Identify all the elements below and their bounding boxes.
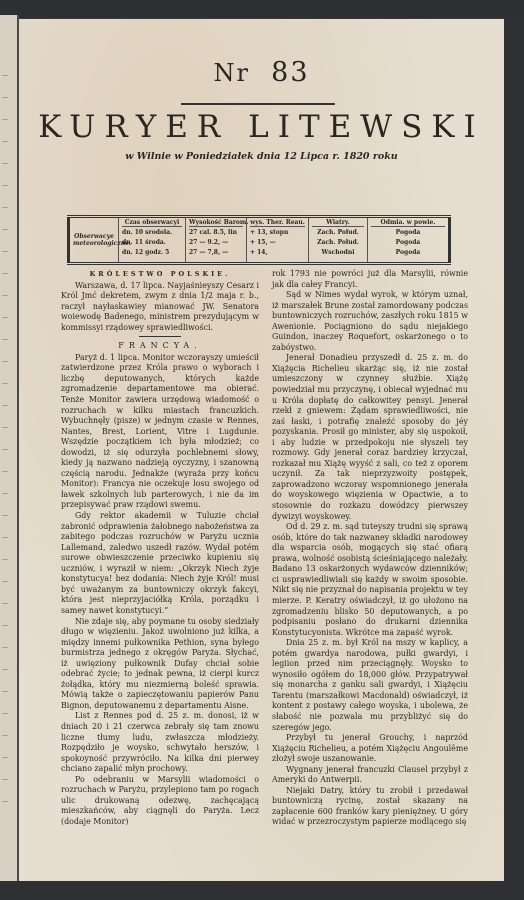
weather-col-barometer: Wysokość Barom. 27 cal. 8.5, lin 27 — 9.…	[186, 218, 247, 262]
table-cell: + 15, —	[250, 238, 305, 248]
viewer-bottom-edge	[0, 881, 524, 900]
table-cell: Pogoda	[371, 228, 445, 238]
table-cell: dn. 10 srodola.	[122, 228, 182, 238]
article-paragraph: Po odebraniu w Marsylii wiadomości o roz…	[61, 775, 259, 828]
issue-number-value: 83	[271, 57, 309, 88]
weather-col-conditions: Odmia. w powie. Pogoda Pogoda Pogoda	[368, 218, 451, 262]
previous-page-text-marks	[2, 65, 8, 815]
article-paragraph: Jenerał Donadieu przyszedł d. 25 z. m. d…	[272, 353, 468, 522]
article-paragraph: Paryż d. 1 lipca. Monitor wczorayszy umi…	[61, 353, 259, 511]
weather-label-text: Obserwacye meteorologiczne.	[73, 233, 115, 247]
article-paragraph: Od d. 29 z. m. sąd tuteyszy trudni się s…	[272, 522, 468, 638]
section-divider	[139, 336, 181, 337]
article-paragraph: List z Rennes pod d. 25 z. m. donosi, iż…	[61, 711, 259, 774]
article-paragraph: Gdy rektor akademii w Tuluzie chciał zab…	[61, 511, 259, 616]
viewer-right-edge	[504, 15, 524, 900]
table-cell: + 13, stopn	[250, 228, 305, 238]
column-header: wys. Ther. Reau.	[250, 219, 305, 227]
article-paragraph: Nie zdaje się, aby poymane tu osoby sied…	[61, 617, 259, 712]
column-header: Wysokość Barom.	[189, 219, 243, 227]
table-cell: Pogoda	[371, 248, 445, 258]
weather-col-wind: Wiatry. Zach. Połud. Zach. Połud. Wschod…	[309, 218, 368, 262]
section-title-francya: FRANCYA.	[61, 341, 259, 352]
weather-observations-table: Obserwacye meteorologiczne. Czas obserwa…	[67, 215, 451, 265]
table-cell: + 14,	[250, 248, 305, 258]
table-cell: Zach. Połud.	[312, 228, 364, 238]
right-column: rok 1793 nie powróci już dla Marsylii, r…	[272, 269, 468, 828]
table-cell: Pogoda	[371, 238, 445, 248]
newspaper-page: Nr 83 KURYER LITEWSKI w Wilnie w Poniedz…	[19, 19, 504, 881]
table-cell: 27 — 9.2, —	[189, 238, 243, 248]
table-cell: dn. 11 środa.	[122, 238, 182, 248]
column-header: Wiatry.	[312, 219, 364, 227]
issue-number: Nr 83	[19, 57, 504, 88]
table-cell: Zach. Połud.	[312, 238, 364, 248]
weather-col-time: Czas obserwacyi dn. 10 srodola. dn. 11 ś…	[119, 218, 186, 262]
section-title-krolestwo-polskie: KRÓLESTWO POLSKIE.	[61, 269, 259, 280]
table-cell: dn. 12 godz. 5	[122, 248, 182, 258]
weather-col-thermometer: wys. Ther. Reau. + 13, stopn + 15, — + 1…	[247, 218, 309, 262]
table-cell: 27 cal. 8.5, lin	[189, 228, 243, 238]
column-header: Odmia. w powie.	[371, 219, 445, 227]
article-paragraph: Dnia 25 z. m. był Król na mszy w kaplicy…	[272, 638, 468, 733]
table-cell: Wschodni	[312, 248, 364, 258]
left-column: KRÓLESTWO POLSKIE. Warszawa, d. 17 lipca…	[61, 269, 259, 827]
column-header: Czas obserwacyi	[122, 219, 182, 227]
article-paragraph: Przybył tu jenerał Grouchy, i naprzód Xi…	[272, 733, 468, 765]
article-paragraph: Sąd w Nimes wydał wyrok, w którym uznał,…	[272, 290, 468, 353]
previous-page-edge	[0, 15, 19, 890]
header-rule	[181, 103, 335, 105]
article-paragraph: Niejaki Datry, który tu zrobił i przedaw…	[272, 786, 468, 828]
weather-table-label: Obserwacye meteorologiczne.	[67, 218, 119, 262]
article-paragraph: Warszawa, d. 17 lipca. Nayjaśnieyszy Ces…	[61, 281, 259, 334]
article-paragraph: Wygnany jenerał francuzki Clausel przyby…	[272, 765, 468, 786]
number-symbol: Nr	[213, 59, 249, 87]
article-paragraph: rok 1793 nie powróci już dla Marsylii, r…	[272, 269, 468, 290]
dateline: w Wilnie w Poniedziałek dnia 12 Lipca r.…	[19, 151, 504, 162]
table-cell: 27 — 7,8, —	[189, 248, 243, 258]
masthead-title: KURYER LITEWSKI	[19, 109, 504, 145]
viewer-top-bar	[0, 0, 524, 18]
